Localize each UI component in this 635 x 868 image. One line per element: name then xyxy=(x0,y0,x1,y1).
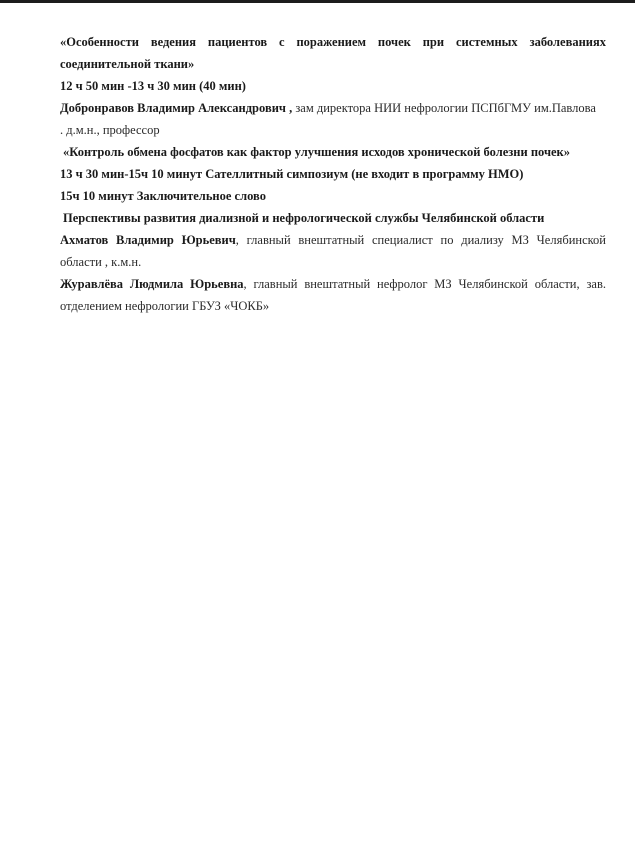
session-closing-remarks: 15ч 10 минут Заключительное слово xyxy=(60,185,606,207)
talk-title-dialysis-perspectives: Перспективы развития диализной и нефроло… xyxy=(60,207,606,229)
speaker-name: Добронравов Владимир Александрович , xyxy=(60,101,292,115)
session-satellite-symposium: 13 ч 30 мин-15ч 10 минут Сателлитный сим… xyxy=(60,163,606,185)
talk-title-connective-tissue: «Особенности ведения пациентов с поражен… xyxy=(60,31,606,75)
top-border-rule xyxy=(0,0,635,3)
speaker-dobronravov: Добронравов Владимир Александрович , зам… xyxy=(60,97,606,141)
talk-title-phosphate: «Контроль обмена фосфатов как фактор улу… xyxy=(60,141,606,163)
speaker-zhuravleva: Журавлёва Людмила Юрьевна, главный внешт… xyxy=(60,273,606,317)
session-time-1: 12 ч 50 мин -13 ч 30 мин (40 мин) xyxy=(60,75,606,97)
speaker-name: Ахматов Владимир Юрьевич xyxy=(60,233,236,247)
speaker-role: зам директора НИИ нефрологии ПСПбГМУ им.… xyxy=(292,101,596,115)
speaker-degree: . д.м.н., профессор xyxy=(60,123,160,137)
document-page: «Особенности ведения пациентов с поражен… xyxy=(60,31,606,317)
speaker-akhmatov: Ахматов Владимир Юрьевич, главный внешта… xyxy=(60,229,606,273)
speaker-name: Журавлёва Людмила Юрьевна xyxy=(60,277,244,291)
